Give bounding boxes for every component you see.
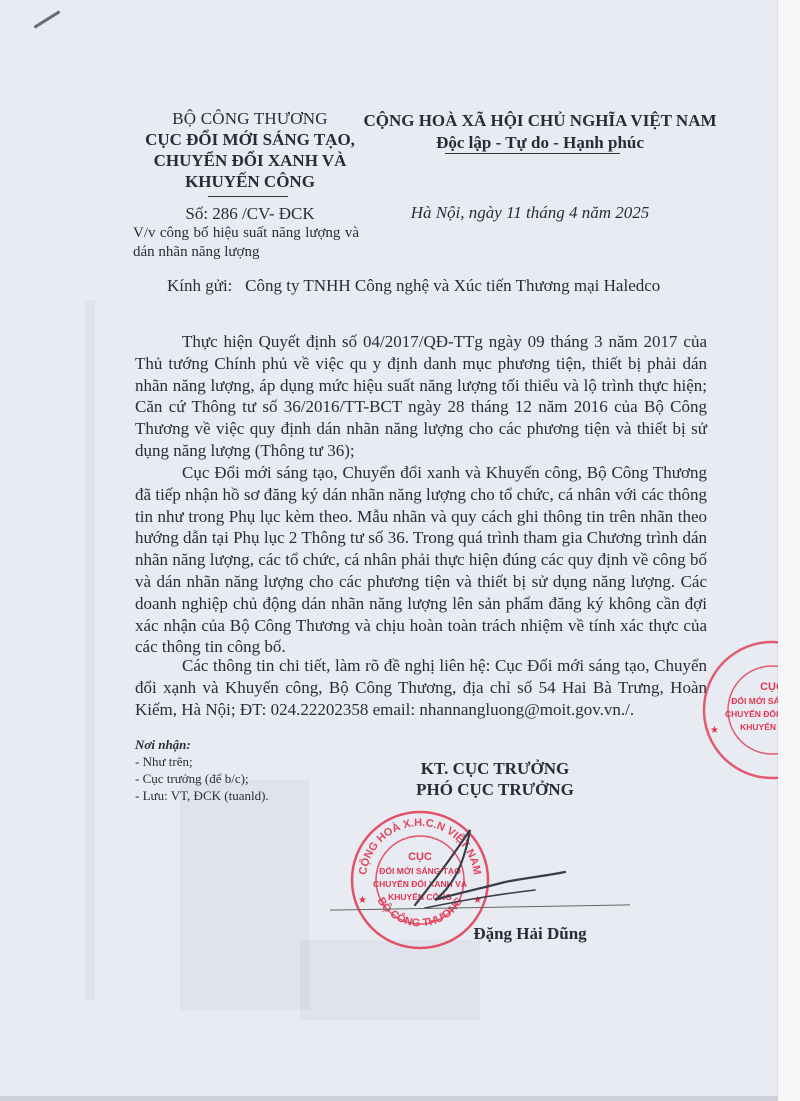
ministry-name: BỘ CÔNG THƯƠNG bbox=[120, 108, 380, 129]
addressee-label: Kính gửi: bbox=[135, 276, 232, 295]
document-number: Số: 286 /CV- ĐCK bbox=[120, 204, 380, 224]
signer-title-line: PHÓ CỤC TRƯỞNG bbox=[380, 779, 610, 800]
signer-title-line: KT. CỤC TRƯỞNG bbox=[380, 758, 610, 779]
svg-text:KHUYẾN CÔNG: KHUYẾN CÔNG bbox=[740, 721, 778, 732]
signer-title: KT. CỤC TRƯỞNG PHÓ CỤC TRƯỞNG bbox=[380, 758, 610, 800]
staple-mark bbox=[33, 10, 60, 28]
recipient-item: - Lưu: VT, ĐCK (tuanld). bbox=[135, 787, 335, 804]
bleed-through bbox=[85, 300, 95, 1000]
department-line: CHUYỂN ĐỔI XANH VÀ bbox=[120, 150, 380, 171]
addressee-name: Công ty TNHH Công nghệ và Xúc tiến Thươn… bbox=[245, 276, 660, 295]
national-header: CỘNG HOÀ XÃ HỘI CHỦ NGHĨA VIỆT NAM Độc l… bbox=[360, 110, 720, 154]
svg-text:ĐỔI MỚI SÁNG TẠO: ĐỔI MỚI SÁNG TẠO bbox=[731, 695, 778, 706]
margin-stamp: CỤC ĐỔI MỚI SÁNG TẠO CHUYỂN ĐỔI XANH VÀ … bbox=[700, 640, 778, 780]
signer-name: Đặng Hải Dũng bbox=[430, 924, 630, 944]
margin-seal-icon: CỤC ĐỔI MỚI SÁNG TẠO CHUYỂN ĐỔI XANH VÀ … bbox=[700, 640, 778, 780]
national-motto: Độc lập - Tự do - Hạnh phúc bbox=[360, 132, 720, 154]
recipients-heading: Nơi nhận: bbox=[135, 736, 335, 753]
department-line: CỤC ĐỔI MỚI SÁNG TẠO, bbox=[120, 129, 380, 150]
document-subject: V/v công bố hiệu suất năng lượng và dán … bbox=[133, 224, 359, 262]
svg-text:CỤC: CỤC bbox=[760, 681, 778, 693]
recipient-item: - Cục trưởng (để b/c); bbox=[135, 770, 335, 787]
issuing-agency: BỘ CÔNG THƯƠNG CỤC ĐỔI MỚI SÁNG TẠO, CHU… bbox=[120, 108, 380, 192]
page-edge bbox=[777, 0, 800, 1101]
header-divider bbox=[208, 196, 288, 197]
svg-text:★: ★ bbox=[358, 895, 367, 906]
recipient-item: - Như trên; bbox=[135, 753, 335, 770]
addressee: Kính gửi: Công ty TNHH Công nghệ và Xúc … bbox=[135, 275, 705, 297]
body-paragraph: Thực hiện Quyết định số 04/2017/QĐ-TTg n… bbox=[135, 331, 707, 462]
body-paragraph: Cục Đổi mới sáng tạo, Chuyển đổi xanh và… bbox=[135, 462, 707, 658]
bleed-through bbox=[180, 780, 310, 1010]
svg-text:CHUYỂN ĐỔI XANH VÀ: CHUYỂN ĐỔI XANH VÀ bbox=[725, 708, 778, 719]
svg-text:★: ★ bbox=[710, 725, 719, 736]
motto-underline bbox=[445, 153, 620, 154]
place-date: Hà Nội, ngày 11 tháng 4 năm 2025 bbox=[380, 203, 680, 223]
nation-name: CỘNG HOÀ XÃ HỘI CHỦ NGHĨA VIỆT NAM bbox=[360, 110, 720, 132]
recipients-list: Nơi nhận: - Như trên; - Cục trưởng (để b… bbox=[135, 736, 335, 804]
page-bottom-edge bbox=[0, 1096, 778, 1101]
department-line: KHUYẾN CÔNG bbox=[120, 171, 380, 192]
body-paragraph: Các thông tin chi tiết, làm rõ đề nghị l… bbox=[135, 655, 707, 720]
